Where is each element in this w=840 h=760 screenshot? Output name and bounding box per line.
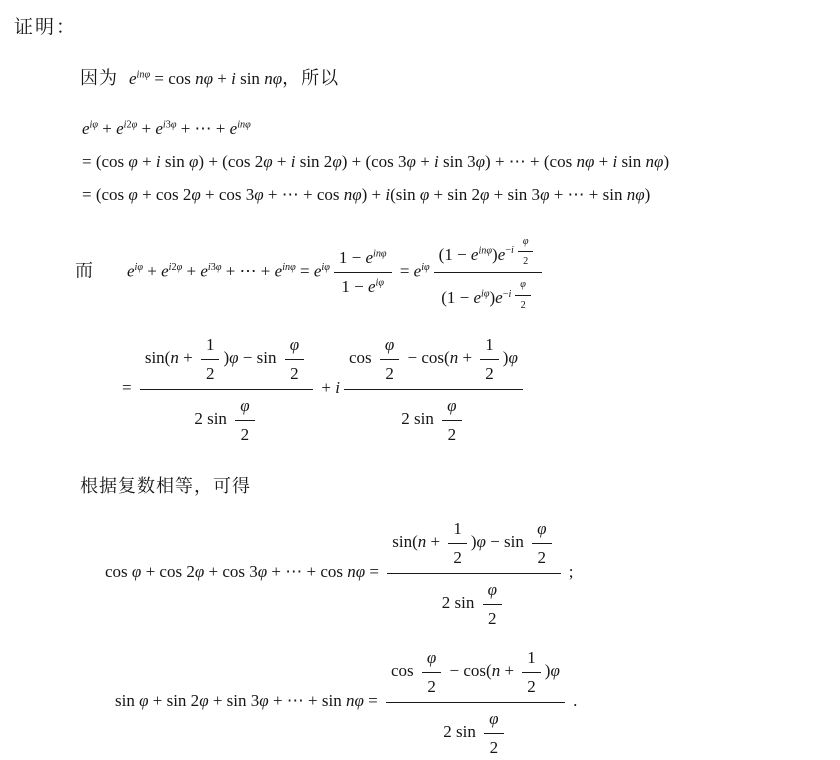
math-variable: nφ	[264, 69, 282, 88]
math-roman: 2 sin	[442, 593, 479, 612]
math-roman: +	[273, 152, 291, 171]
formula-line-cosine-identity: cos φ + cos 2φ + cos 3φ + ⋯ + cos nφ = s…	[105, 514, 840, 632]
math-fraction: 1 − einφ1 − eiφ	[334, 245, 392, 299]
fraction-denominator: 2	[518, 252, 534, 269]
math-roman: 2	[241, 425, 250, 444]
math-superscript: inφ	[373, 249, 387, 260]
math-roman: 2	[206, 364, 215, 383]
math-superscript: −iφ2	[503, 289, 535, 300]
math-roman: +	[500, 661, 518, 680]
math-roman: cos	[349, 348, 376, 367]
math-variable: inφ	[373, 249, 387, 260]
fraction-denominator: 2	[522, 673, 541, 699]
math-variable: n	[418, 532, 427, 551]
math-variable: n	[170, 348, 179, 367]
math-fraction: φ2	[532, 516, 551, 570]
math-variable: φ	[139, 691, 148, 710]
document-page: 证明： 因为 einφ = cos nφ + i sin nφ，所以 eiφ +…	[0, 0, 840, 760]
math-roman: sin(	[145, 348, 171, 367]
formula-line-premise: 因为 einφ = cos nφ + i sin nφ，所以	[80, 66, 840, 91]
math-roman: sin	[617, 152, 645, 171]
math-roman: =	[122, 378, 136, 397]
math-roman: 2	[485, 364, 494, 383]
math-roman: =	[396, 261, 414, 280]
math-variable: i	[335, 378, 340, 397]
math-variable: nφ	[195, 69, 213, 88]
fraction-numerator: φ	[285, 332, 304, 360]
math-variable: iφ	[321, 262, 329, 273]
math-roman: 2	[448, 425, 457, 444]
math-fraction: 12	[448, 516, 467, 570]
math-variable: nφ	[576, 152, 594, 171]
math-variable: φ	[199, 691, 208, 710]
fraction-denominator: 2	[448, 544, 467, 570]
math-roman: − sin	[486, 532, 528, 551]
math-roman: 1	[206, 335, 215, 354]
fraction-numerator: φ	[532, 516, 551, 544]
math-superscript: iφ	[135, 262, 143, 273]
formula-line-sine-identity: sin φ + sin 2φ + sin 3φ + ⋯ + sin nφ = c…	[115, 643, 840, 760]
math-roman: 2	[385, 364, 394, 383]
math-variable: iφ	[421, 262, 429, 273]
fraction-denominator: 2	[480, 360, 499, 386]
math-superscript: −iφ2	[505, 245, 537, 256]
math-variable: inφ	[478, 245, 492, 256]
math-roman: 2	[523, 256, 528, 267]
math-variable: φ	[128, 185, 137, 204]
math-variable: φ	[427, 648, 436, 667]
math-roman: 1	[453, 519, 462, 538]
math-roman: 2	[527, 677, 536, 696]
formula-line-geometric-series: 而 eiφ + ei2φ + ei3φ + ⋯ + einφ = eiφ1 − …	[75, 231, 840, 314]
math-roman: = cos	[150, 69, 195, 88]
math-fraction: 12	[522, 645, 541, 699]
math-roman: =	[296, 261, 314, 280]
math-roman: sin	[236, 69, 264, 88]
math-variable: φ	[489, 709, 498, 728]
math-variable: i	[511, 245, 514, 256]
math-roman: − sin	[239, 348, 281, 367]
fraction-numerator: φ	[484, 706, 503, 734]
fraction-numerator: 1	[201, 332, 220, 360]
math-variable: φ	[332, 152, 341, 171]
math-roman: (1 −	[441, 288, 473, 307]
math-roman: + ⋯ +	[176, 119, 229, 138]
fraction-denominator: 2	[285, 360, 304, 386]
math-variable: φ	[477, 532, 486, 551]
math-variable: e	[365, 248, 373, 267]
fraction-numerator: φ	[518, 233, 534, 252]
math-variable: φ	[132, 562, 141, 581]
math-variable: φ	[476, 152, 485, 171]
math-roman: 1	[485, 335, 494, 354]
fraction-numerator: (1 − einφ)e−iφ2	[434, 231, 543, 274]
fraction-denominator: 2	[442, 421, 461, 447]
fraction-numerator: φ	[380, 332, 399, 360]
math-superscript: iφ	[90, 120, 98, 131]
math-roman: +	[143, 261, 161, 280]
math-variable: φ	[488, 580, 497, 599]
math-roman: = (cos	[82, 185, 128, 204]
math-roman: − cos(	[445, 661, 491, 680]
math-variable: φ	[290, 335, 299, 354]
math-roman: + cos 3	[204, 562, 258, 581]
fraction-denominator: 2	[422, 673, 441, 699]
math-roman: ) + ⋯ + (cos	[485, 152, 576, 171]
math-variable: φ	[550, 661, 559, 680]
math-roman: )	[645, 185, 651, 204]
fraction-numerator: φ	[442, 393, 461, 421]
math-fraction: φ2	[422, 645, 441, 699]
fraction-denominator: 2 sin φ2	[344, 390, 523, 448]
math-variable: φ	[407, 152, 416, 171]
fraction-numerator: φ	[483, 577, 502, 605]
math-fraction: φ2	[235, 393, 254, 447]
math-roman: +	[138, 152, 156, 171]
fraction-numerator: cos φ2 − cos(n + 12)φ	[344, 330, 523, 390]
math-variable: e	[127, 261, 135, 280]
math-roman: sin 2	[295, 152, 332, 171]
math-roman: + ⋯ + cos	[264, 185, 344, 204]
math-roman: 2	[538, 548, 547, 567]
fraction-denominator: 2	[515, 296, 531, 313]
math-roman: +	[458, 348, 476, 367]
math-roman: ;	[565, 562, 574, 581]
math-variable: φ	[508, 348, 517, 367]
math-roman: +	[416, 152, 434, 171]
math-variable: i	[508, 289, 511, 300]
math-roman: + ⋯ + sin	[549, 185, 626, 204]
math-fraction: (1 − einφ)e−iφ2(1 − eiφ)e−iφ2	[434, 231, 543, 314]
math-variable: inφ	[137, 70, 151, 81]
fraction-numerator: sin(n + 12)φ − sin φ2	[387, 514, 560, 574]
math-fraction: cos φ2 − cos(n + 12)φ2 sin φ2	[344, 330, 523, 448]
math-variable: φ	[420, 185, 429, 204]
fraction-numerator: 1 − einφ	[334, 245, 392, 273]
math-fraction: φ2	[285, 332, 304, 386]
math-roman: cos	[391, 661, 418, 680]
math-roman: + sin 3	[489, 185, 540, 204]
fraction-numerator: φ	[422, 645, 441, 673]
math-roman: +	[137, 119, 155, 138]
math-superscript: inφ	[137, 70, 151, 81]
math-roman: ) +	[362, 185, 386, 204]
math-roman: 2	[488, 609, 497, 628]
math-variable: φ	[240, 396, 249, 415]
math-variable: φ	[191, 185, 200, 204]
math-roman: +	[426, 532, 444, 551]
math-fraction: φ2	[380, 332, 399, 386]
math-variable: e	[116, 119, 124, 138]
fraction-numerator: cos φ2 − cos(n + 12)φ	[386, 643, 565, 703]
fraction-denominator: 1 − eiφ	[334, 273, 392, 299]
math-roman: 1 −	[341, 277, 368, 296]
math-variable: e	[200, 261, 208, 280]
math-roman: sin	[115, 691, 139, 710]
math-variable: φ	[195, 562, 204, 581]
math-roman: cos	[105, 562, 132, 581]
math-fraction: 12	[201, 332, 220, 386]
fraction-denominator: 2	[484, 734, 503, 760]
math-fraction: φ2	[518, 233, 534, 270]
math-fraction: sin(n + 12)φ − sin φ22 sin φ2	[387, 514, 560, 632]
math-roman: + sin 2	[429, 185, 480, 204]
fraction-numerator: 1	[480, 332, 499, 360]
math-fraction: cos φ2 − cos(n + 12)φ2 sin φ2	[386, 643, 565, 760]
formula-line-split-fraction: = sin(n + 12)φ − sin φ22 sin φ2 + icos φ…	[122, 330, 840, 448]
math-variable: e	[82, 119, 90, 138]
math-roman: 2	[490, 738, 499, 757]
math-fraction: φ2	[484, 706, 503, 760]
math-superscript: i2φ	[124, 120, 138, 131]
math-roman: +	[317, 378, 335, 397]
math-roman: +	[213, 69, 231, 88]
math-variable: inφ	[282, 262, 296, 273]
math-variable: e	[495, 288, 503, 307]
math-variable: e	[161, 261, 169, 280]
math-variable: φ	[229, 348, 238, 367]
math-roman: 1	[527, 648, 536, 667]
math-fraction: φ2	[515, 276, 531, 313]
math-roman: 2 sin	[194, 409, 231, 428]
math-roman: 2	[290, 364, 299, 383]
math-roman: ) + (cos 3	[342, 152, 407, 171]
cjk-text: ，所以	[282, 68, 339, 88]
math-roman: + ⋯ + sin	[269, 691, 346, 710]
math-variable: inφ	[237, 120, 251, 131]
math-roman: 2	[453, 548, 462, 567]
fraction-denominator: 2	[201, 360, 220, 386]
math-roman: ) + (cos 2	[198, 152, 263, 171]
math-superscript: iφ	[321, 262, 329, 273]
fraction-denominator: 2	[380, 360, 399, 386]
math-fraction: sin(n + 12)φ − sin φ22 sin φ2	[140, 330, 313, 448]
math-variable: nφ	[347, 562, 365, 581]
math-variable: φ	[520, 279, 526, 290]
fraction-denominator: 2	[483, 605, 502, 631]
proof-heading: 证明：	[0, 0, 840, 39]
formula-line-exponential-sum: eiφ + ei2φ + ei3φ + ⋯ + einφ	[82, 118, 840, 141]
math-roman: + sin 2	[149, 691, 200, 710]
math-variable: iφ	[135, 262, 143, 273]
math-variable: n	[450, 348, 459, 367]
fraction-numerator: φ	[235, 393, 254, 421]
math-variable: nφ	[346, 691, 364, 710]
math-roman: +	[594, 152, 612, 171]
math-superscript: i2φ	[169, 262, 183, 273]
fraction-numerator: 1	[522, 645, 541, 673]
formula-line-real-imaginary-grouping: = (cos φ + cos 2φ + cos 3φ + ⋯ + cos nφ)…	[82, 184, 840, 207]
formula-line-trig-expansion: = (cos φ + i sin φ) + (cos 2φ + i sin 2φ…	[82, 151, 840, 174]
math-variable: φ	[523, 236, 529, 247]
fraction-denominator: (1 − eiφ)e−iφ2	[434, 273, 543, 314]
math-variable: e	[155, 119, 163, 138]
fraction-denominator: 2 sin φ2	[387, 574, 560, 632]
math-superscript: inφ	[237, 120, 251, 131]
math-superscript: iφ	[376, 278, 384, 289]
cjk-text: 而	[75, 260, 127, 280]
math-variable: φ	[447, 396, 456, 415]
math-fraction: φ2	[483, 577, 502, 631]
math-roman: sin 3	[439, 152, 476, 171]
math-variable: nφ	[627, 185, 645, 204]
cjk-text: 因为	[80, 68, 129, 88]
math-roman: + cos 2	[141, 562, 195, 581]
math-fraction: 12	[480, 332, 499, 386]
math-roman: (sin	[390, 185, 420, 204]
math-variable: n	[492, 661, 501, 680]
fraction-denominator: 2	[235, 421, 254, 447]
math-roman: + ⋯ + cos	[267, 562, 347, 581]
math-superscript: inφ	[282, 262, 296, 273]
math-variable: φ	[263, 152, 272, 171]
fraction-numerator: φ	[515, 276, 531, 295]
math-fraction: φ2	[442, 393, 461, 447]
math-variable: φ	[128, 152, 137, 171]
math-roman: 2	[521, 300, 526, 311]
fraction-denominator: 2 sin φ2	[140, 390, 313, 448]
math-variable: φ	[258, 562, 267, 581]
math-variable: φ	[259, 691, 268, 710]
math-roman: .	[569, 691, 578, 710]
math-roman: = (cos	[82, 152, 128, 171]
conclusion-intro-text: 根据复数相等，可得	[80, 472, 840, 498]
math-variable: φ	[254, 185, 263, 204]
math-roman: =	[365, 562, 383, 581]
math-roman: − cos(	[403, 348, 449, 367]
math-roman: +	[182, 261, 200, 280]
math-roman: +	[98, 119, 116, 138]
math-roman: 2	[427, 677, 436, 696]
fraction-numerator: 1	[448, 516, 467, 544]
math-roman: )	[663, 152, 669, 171]
math-variable: e	[473, 288, 481, 307]
fraction-numerator: sin(n + 12)φ − sin φ2	[140, 330, 313, 390]
math-roman: 2 sin	[401, 409, 438, 428]
math-roman: 1 −	[339, 248, 366, 267]
fraction-denominator: 2 sin φ2	[386, 703, 565, 760]
math-variable: nφ	[646, 152, 664, 171]
math-superscript: i3φ	[208, 262, 222, 273]
math-roman: sin(	[392, 532, 418, 551]
math-roman: + sin 3	[209, 691, 260, 710]
math-superscript: iφ	[421, 262, 429, 273]
math-variable: iφ	[90, 120, 98, 131]
math-variable: φ	[385, 335, 394, 354]
fraction-denominator: 2	[532, 544, 551, 570]
math-variable: iφ	[376, 278, 384, 289]
math-superscript: inφ	[478, 245, 492, 256]
math-variable: nφ	[344, 185, 362, 204]
math-roman: + cos 3	[201, 185, 255, 204]
math-roman: +	[179, 348, 197, 367]
math-variable: φ	[537, 519, 546, 538]
math-variable: φ	[480, 185, 489, 204]
math-roman: (1 −	[439, 245, 471, 264]
math-variable: e	[129, 69, 137, 88]
math-variable: φ	[189, 152, 198, 171]
math-variable: e	[368, 277, 376, 296]
math-roman: + cos 2	[138, 185, 192, 204]
math-superscript: i3φ	[163, 120, 177, 131]
math-roman: sin	[161, 152, 189, 171]
math-roman: 2 sin	[443, 722, 480, 741]
math-roman: =	[364, 691, 382, 710]
math-roman: + ⋯ +	[221, 261, 274, 280]
